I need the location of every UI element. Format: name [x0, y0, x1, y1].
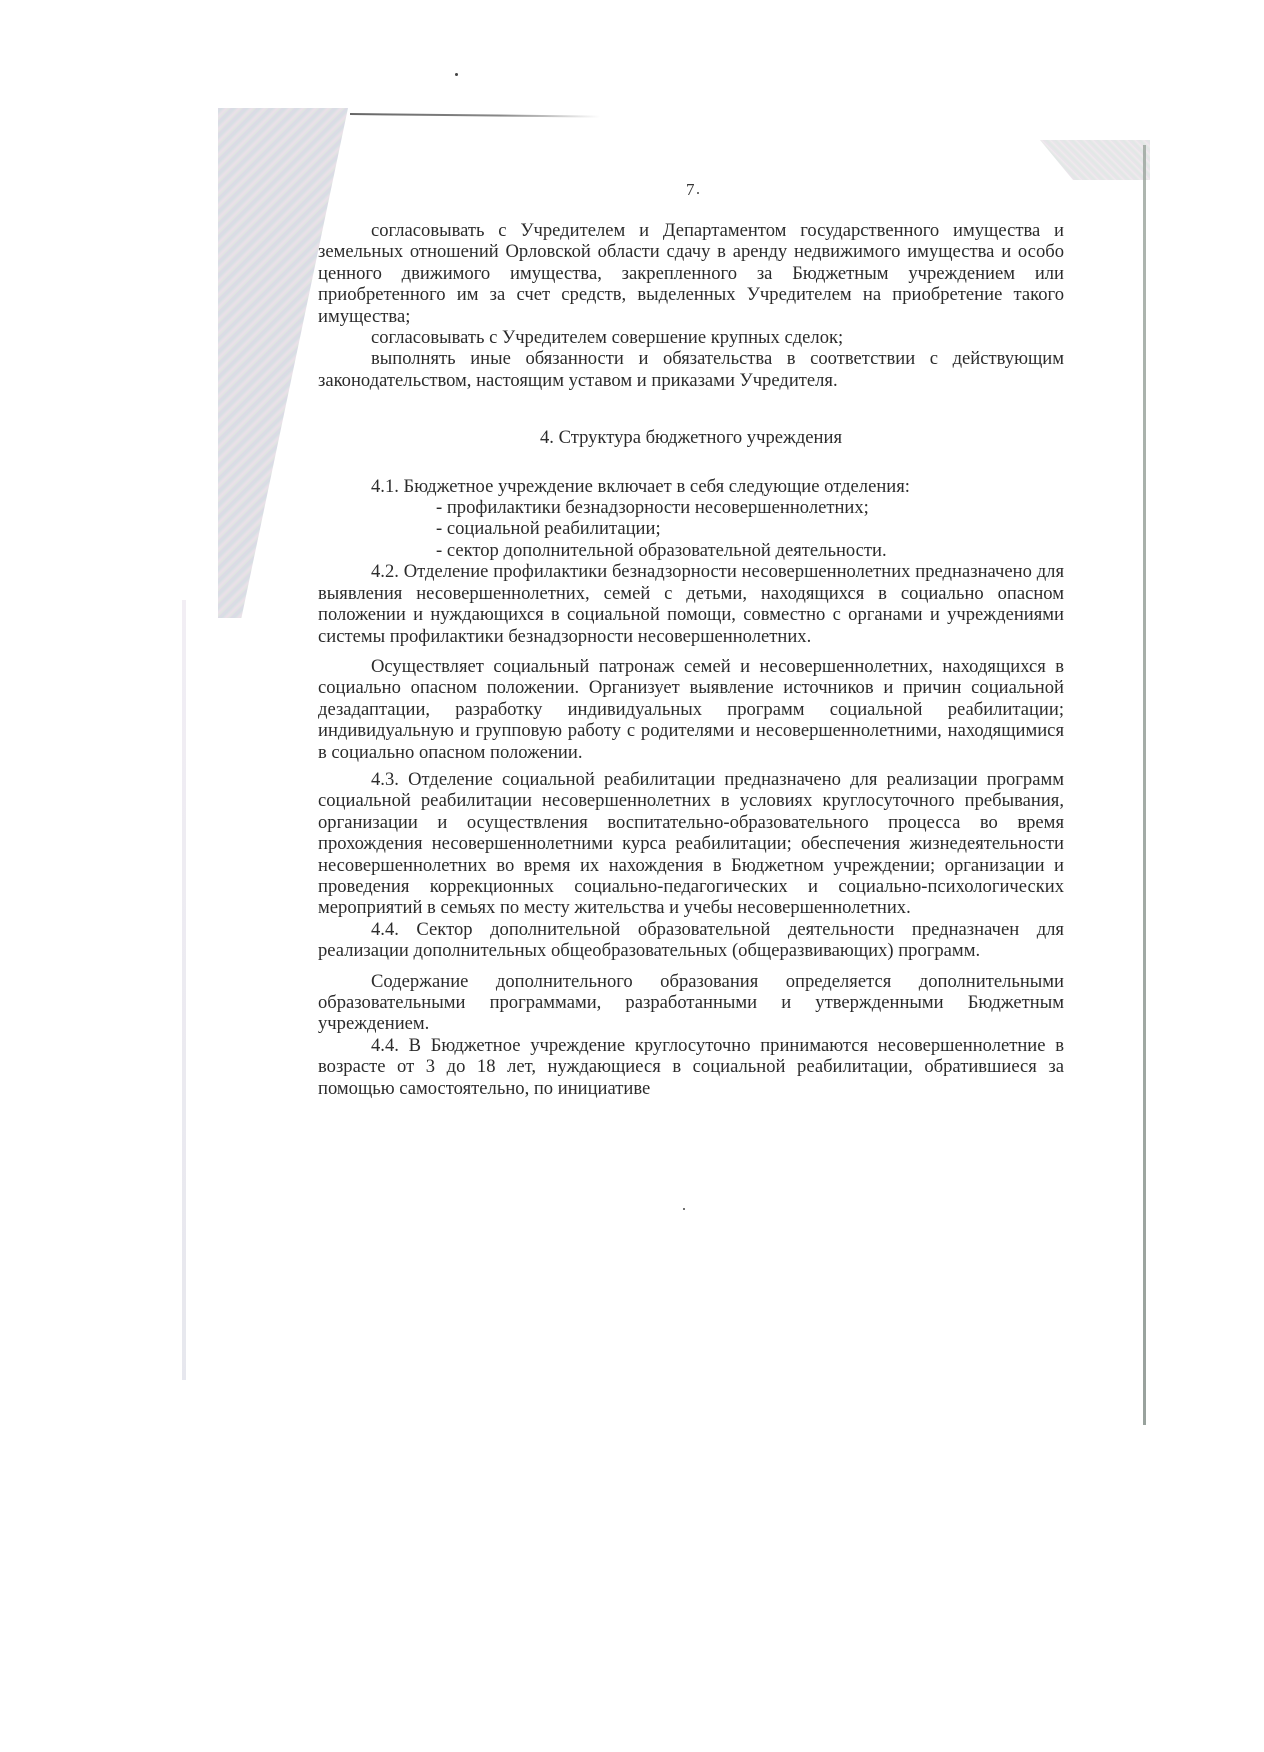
page-number: 7	[686, 180, 695, 200]
section-heading: 4. Структура бюджетного учреждения	[318, 427, 1064, 448]
document-body: согласовывать с Учредителем и Департамен…	[318, 220, 1064, 1099]
scan-edge-right	[1143, 145, 1146, 1425]
clause-4-3: 4.3. Отделение социальной реабилитации п…	[318, 769, 1064, 919]
scan-edge-left	[182, 600, 186, 1380]
list-item-prevention: - профилактики безнадзорности несовершен…	[318, 497, 1064, 518]
clause-4-4-admission: 4.4. В Бюджетное учреждение круглосуточн…	[318, 1035, 1064, 1099]
scan-speck	[697, 192, 699, 194]
clause-4-1: 4.1. Бюджетное учреждение включает в себ…	[318, 476, 1064, 497]
paragraph-major-deals: согласовывать с Учредителем совершение к…	[318, 327, 1064, 348]
clause-4-2-continued: Осуществляет социальный патронаж семей и…	[318, 656, 1064, 763]
paragraph-lease-approval: согласовывать с Учредителем и Департамен…	[318, 220, 1064, 327]
list-item-education-sector: - сектор дополнительной образовательной …	[318, 540, 1064, 561]
clause-4-4-content: Содержание дополнительного образования о…	[318, 971, 1064, 1035]
clause-4-2: 4.2. Отделение профилактики безнадзорнос…	[318, 561, 1064, 647]
paragraph-other-duties: выполнять иные обязанности и обязательст…	[318, 348, 1064, 391]
scan-speck	[455, 73, 458, 76]
scan-speck	[683, 1208, 685, 1210]
list-item-rehabilitation: - социальной реабилитации;	[318, 518, 1064, 539]
clause-4-4-sector: 4.4. Сектор дополнительной образовательн…	[318, 919, 1064, 962]
